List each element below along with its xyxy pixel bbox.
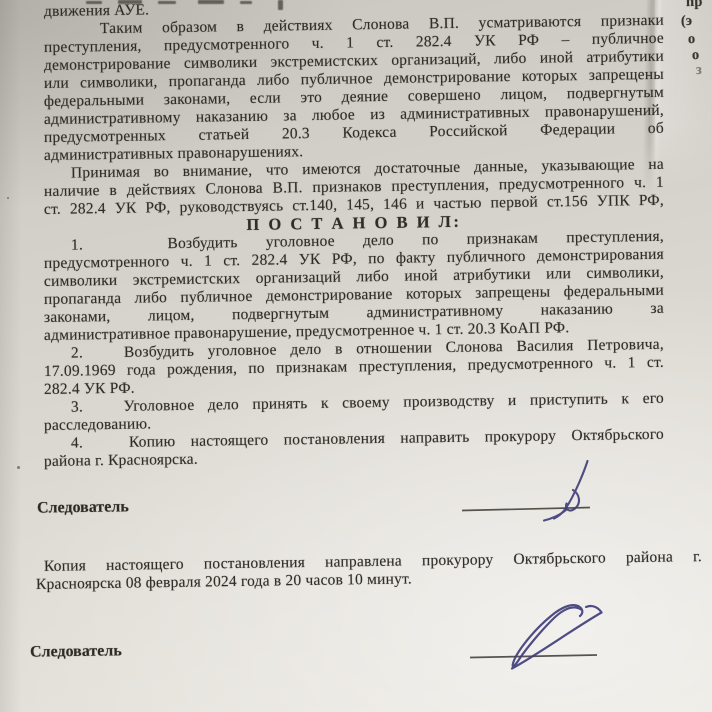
document-photo: пр(эооз движения АУЕ.Таким образом в дей… <box>0 0 712 712</box>
signature-line <box>462 508 590 511</box>
ink-dot <box>17 466 20 469</box>
investigator-label: Следователь <box>37 498 129 517</box>
signature-line <box>470 655 597 658</box>
copy-note: Копия настоящего постановления направлен… <box>36 558 702 594</box>
document-body: движения АУЕ.Таким образом в действиях С… <box>44 3 664 471</box>
investigator-label: Следователь <box>30 642 122 661</box>
ink-dot <box>7 197 9 199</box>
signature-ink <box>512 605 602 668</box>
